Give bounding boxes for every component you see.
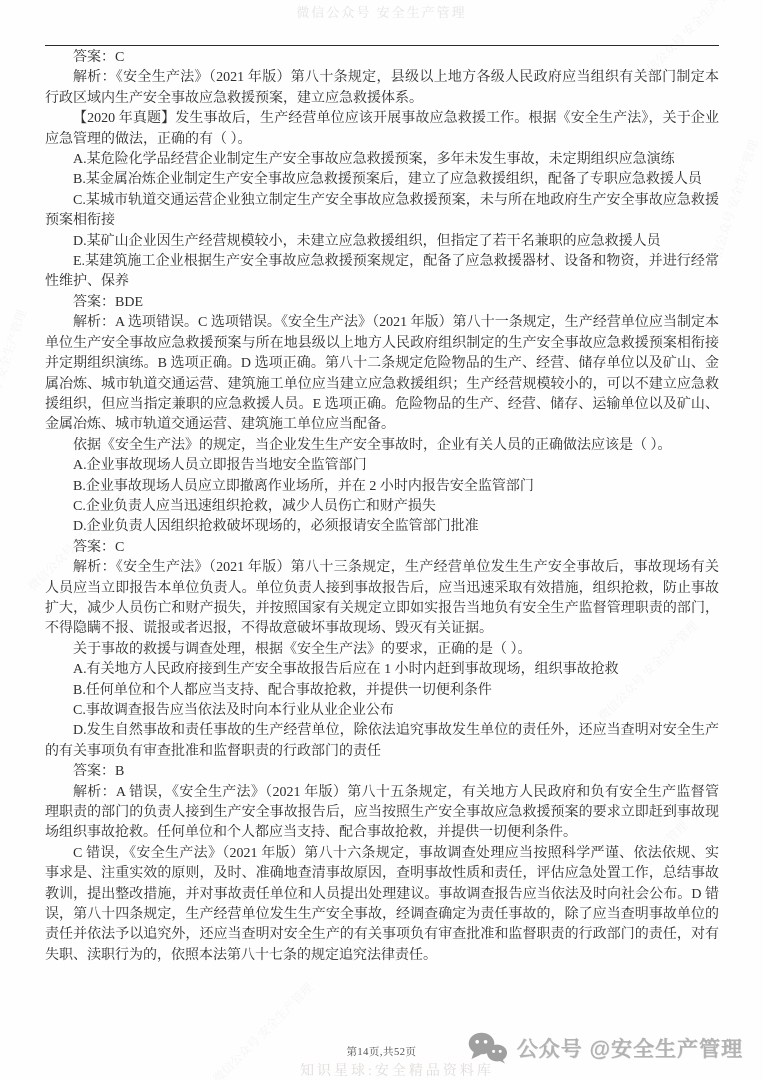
top-divider [45,45,719,46]
paragraph: 答案：C [45,538,719,558]
paragraph: A.企业事故现场人员立即报告当地安全监管部门 [45,456,719,476]
paragraph: C.企业负责人应当迅速组织抢救，减少人员伤亡和财产损失 [45,497,719,517]
paragraph: A.有关地方人民政府接到生产安全事故报告后应在 1 小时内赶到事故现场，组织事故… [45,660,719,680]
paragraph: 解析：A 选项错误。C 选项错误。《安全生产法》（2021 年版）第八十一条规定… [45,313,719,435]
paragraph: 关于事故的救援与调查处理，根据《安全生产法》的要求，正确的是（ ）。 [45,640,719,660]
footer-watermark: 知识星球:安全精品资料库 [300,1060,494,1080]
paragraph: A.某危险化学品经营企业制定生产安全事故应急救援预案，多年未发生事故，未定期组织… [45,150,719,170]
paragraph: C.事故调查报告应当依法及时向本行业从业企业公布 [45,701,719,721]
paragraph: 答案：C [45,48,719,68]
brand-badge: 公众号 @安全生产管理 [468,1032,743,1064]
paragraph: E.某建筑施工企业根据生产安全事故应急救援预案规定，配备了应急救援器材、设备和物… [45,252,719,293]
page-number: 第14页,共52页 [346,1044,416,1059]
diagonal-watermark: 微信公众号 安全生产管理 [0,307,30,441]
paragraph: 解析：A 错误，《安全生产法》（2021 年版）第八十五条规定，有关地方人民政府… [45,783,719,844]
paragraph: 解析：《安全生产法》（2021 年版）第八十三条规定，生产经营单位发生生产安全事… [45,558,719,640]
brand-label: 公众号 @安全生产管理 [517,1033,743,1063]
paragraph: B.企业事故现场人员应立即撤离作业场所，并在 2 小时内报告安全监管部门 [45,477,719,497]
document-body: 答案：C解析：《安全生产法》（2021 年版）第八十条规定，县级以上地方各级人民… [45,48,719,966]
paragraph: 【2020 年真题】发生事故后，生产经营单位应该开展事故应急救援工作。根据《安全… [45,109,719,150]
paragraph: 答案：B [45,762,719,782]
paragraph: D.某矿山企业因生产经营规模较小，未建立应急救援组织，但指定了若干名兼职的应急救… [45,232,719,252]
paragraph: B.某金属冶炼企业制定生产安全事故应急救援预案后，建立了应急救援组织，配备了专职… [45,170,719,190]
document-page: 微信公众号 安全生产管理 微信公众号 安全生产管理 微信公众号 安全生产管理 微… [0,0,763,1080]
paragraph: C.某城市轨道交通运营企业独立制定生产安全事故应急救援预案，未与所在地政府生产安… [45,191,719,232]
paragraph: C 错误，《安全生产法》（2021 年版）第八十六条规定，事故调查处理应当按照科… [45,844,719,966]
wechat-icon [468,1032,508,1064]
paragraph: D.发生自然事故和责任事故的生产经营单位，除依法追究事故发生单位的责任外，还应当… [45,721,719,762]
top-watermark: 微信公众号 安全生产管理 [296,2,466,21]
paragraph: 解析：《安全生产法》（2021 年版）第八十条规定，县级以上地方各级人民政府应当… [45,68,719,109]
paragraph: 答案：BDE [45,293,719,313]
paragraph: B.任何单位和个人都应当支持、配合事故抢救，并提供一切便利条件 [45,681,719,701]
paragraph: D.企业负责人因组织抢救破坏现场的，必须报请安全监管部门批准 [45,517,719,537]
paragraph: 依据《安全生产法》的规定，当企业发生生产安全事故时，企业有关人员的正确做法应该是… [45,436,719,456]
